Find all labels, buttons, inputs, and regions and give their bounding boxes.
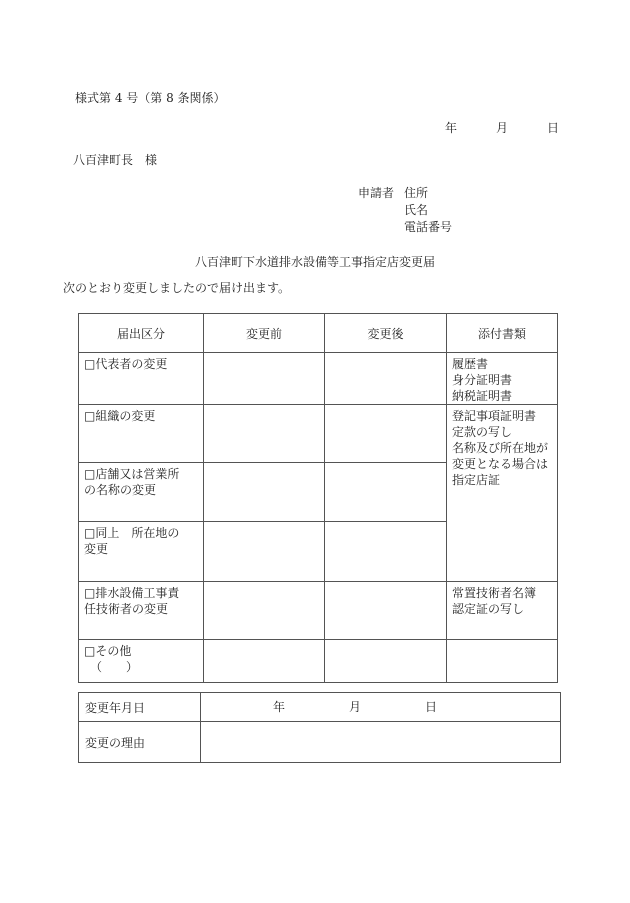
before-cell: [204, 522, 325, 582]
form-number: 様式第 4 号（第 8 条関係）: [75, 91, 226, 106]
applicant-label: 申請者: [358, 185, 394, 236]
after-cell: [325, 582, 447, 640]
day-label: 日: [425, 700, 437, 715]
checkbox-icon: □: [84, 409, 95, 423]
attachments-cell: [447, 640, 558, 683]
category-label: 組織の変更: [95, 409, 155, 423]
category-cell: □その他 （ ）: [79, 640, 204, 683]
issue-date-line: 年 月 日: [445, 121, 559, 136]
category-cell: □組織の変更: [79, 405, 204, 463]
col-header-attachments: 添付書類: [447, 314, 558, 353]
month-label: 月: [496, 121, 508, 136]
attachments-cell: 履歴書 身分証明書 納税証明書: [447, 353, 558, 405]
change-date-label: 変更年月日: [79, 693, 201, 722]
after-cell: [325, 640, 447, 683]
detail-table: 変更年月日 年 月 日 変更の理由: [78, 692, 561, 763]
change-table-header-row: 届出区分 変更前 変更後 添付書類: [79, 314, 558, 353]
table-row-other-change: □その他 （ ）: [79, 640, 558, 683]
category-cell: □代表者の変更: [79, 353, 204, 405]
category-label: 代表者の変更: [95, 357, 167, 371]
after-cell: [325, 405, 447, 463]
table-row-organization-change: □組織の変更 登記事項証明書 定款の写し 名称及び所在地が 変更となる場合は 指…: [79, 405, 558, 463]
attachments-cell: 登記事項証明書 定款の写し 名称及び所在地が 変更となる場合は 指定店証: [447, 405, 558, 582]
table-row-representative-change: □代表者の変更 履歴書 身分証明書 納税証明書: [79, 353, 558, 405]
change-table: 届出区分 変更前 変更後 添付書類 □代表者の変更 履歴書 身分証明書 納税証明…: [78, 313, 558, 683]
applicant-block: 申請者 住所 氏名 電話番号: [358, 185, 452, 236]
applicant-name-label: 氏名: [404, 202, 452, 219]
before-cell: [204, 582, 325, 640]
category-label: 同上 所在地の 変更: [84, 526, 179, 556]
before-cell: [204, 353, 325, 405]
checkbox-icon: □: [84, 586, 95, 600]
after-cell: [325, 463, 447, 522]
addressee: 八百津町長 様: [73, 153, 157, 168]
col-header-after: 変更後: [325, 314, 447, 353]
before-cell: [204, 405, 325, 463]
change-date-value-cell: 年 月 日: [201, 693, 561, 722]
category-cell: □店舗又は営業所 の名称の変更: [79, 463, 204, 522]
table-row-engineer-change: □排水設備工事責 任技術者の変更 常置技術者名簿 認定証の写し: [79, 582, 558, 640]
col-header-category: 届出区分: [79, 314, 204, 353]
change-reason-row: 変更の理由: [79, 722, 561, 763]
category-label: 排水設備工事責 任技術者の変更: [84, 586, 179, 616]
checkbox-icon: □: [84, 644, 95, 658]
attachments-cell: 常置技術者名簿 認定証の写し: [447, 582, 558, 640]
day-label: 日: [547, 121, 559, 136]
checkbox-icon: □: [84, 357, 95, 371]
category-cell: □排水設備工事責 任技術者の変更: [79, 582, 204, 640]
col-header-before: 変更前: [204, 314, 325, 353]
intro-text: 次のとおり変更しましたので届け出ます。: [63, 281, 290, 296]
year-label: 年: [273, 700, 285, 715]
change-reason-value-cell: [201, 722, 561, 763]
before-cell: [204, 640, 325, 683]
after-cell: [325, 522, 447, 582]
form-page: 様式第 4 号（第 8 条関係） 年 月 日 八百津町長 様 申請者 住所 氏名…: [0, 0, 630, 903]
before-cell: [204, 463, 325, 522]
month-label: 月: [349, 700, 361, 715]
applicant-address-label: 住所: [404, 185, 452, 202]
change-reason-label: 変更の理由: [79, 722, 201, 763]
applicant-phone-label: 電話番号: [404, 219, 452, 236]
change-date-row: 変更年月日 年 月 日: [79, 693, 561, 722]
category-cell: □同上 所在地の 変更: [79, 522, 204, 582]
form-title: 八百津町下水道排水設備等工事指定店変更届: [0, 255, 630, 270]
checkbox-icon: □: [84, 526, 95, 540]
after-cell: [325, 353, 447, 405]
category-label: 店舗又は営業所 の名称の変更: [84, 467, 179, 497]
checkbox-icon: □: [84, 467, 95, 481]
year-label: 年: [445, 121, 457, 136]
